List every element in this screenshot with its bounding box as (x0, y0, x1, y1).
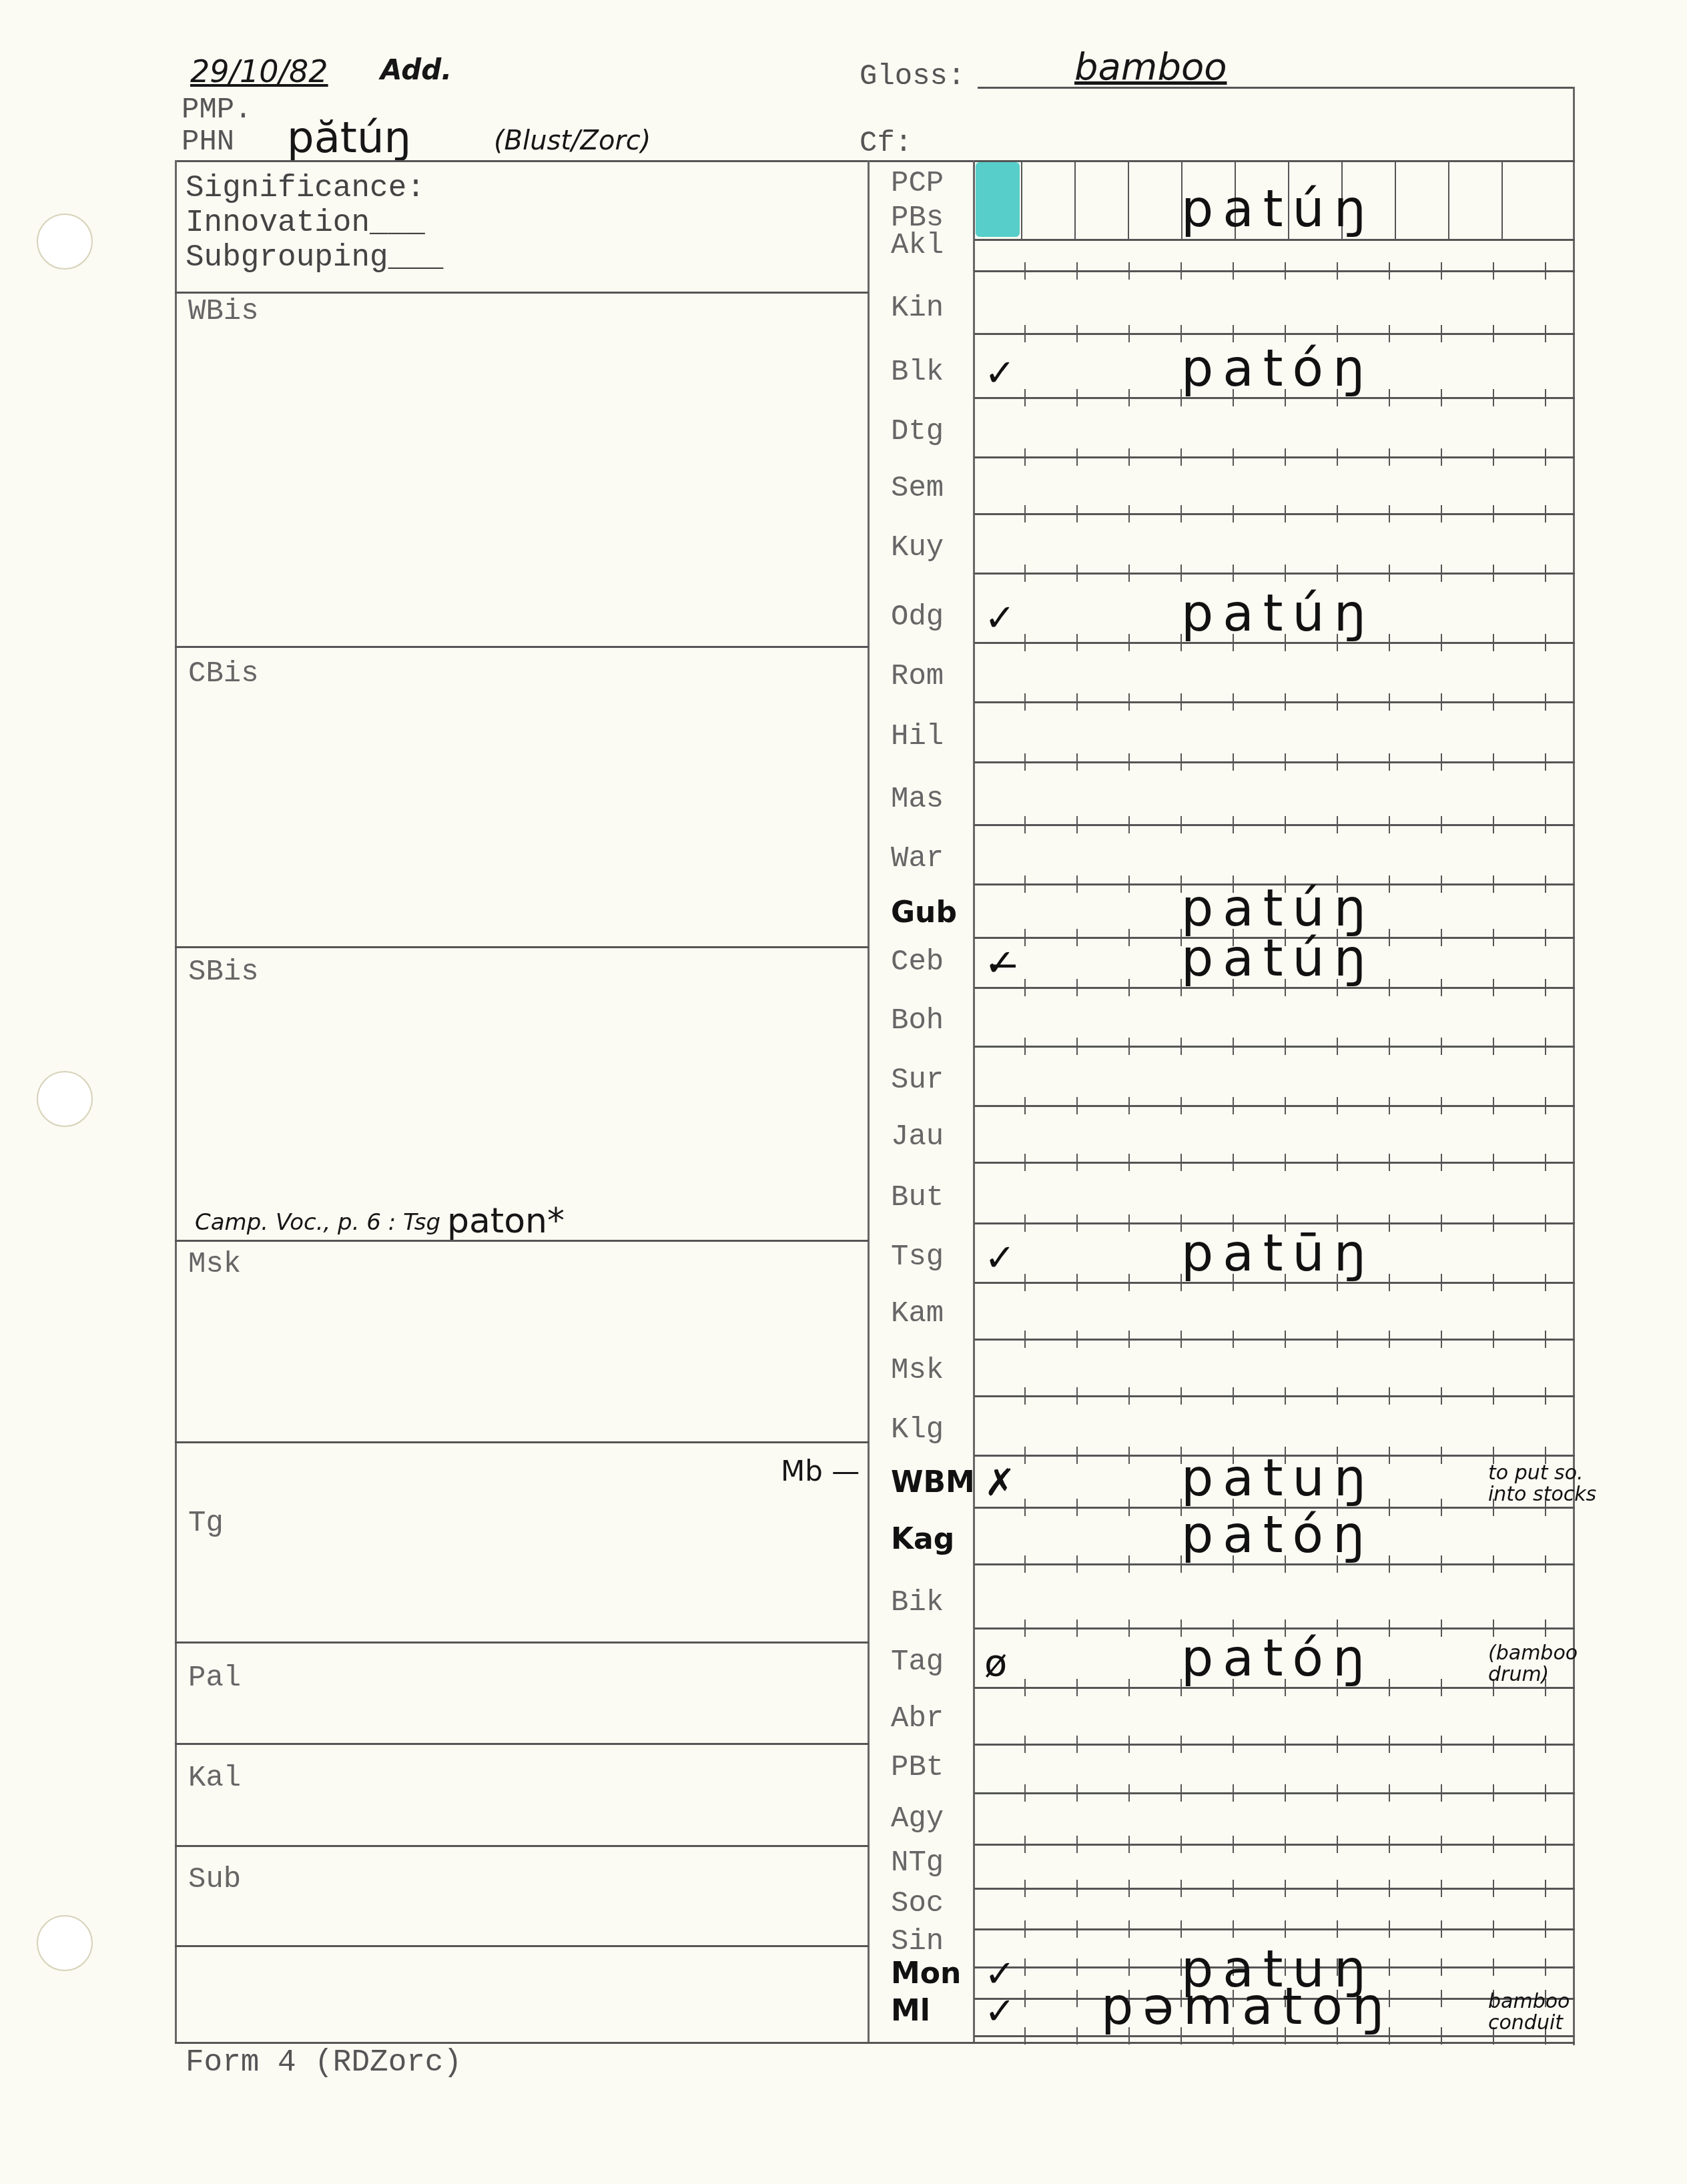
tick-mark (1441, 1784, 1442, 1802)
tick-mark (1493, 979, 1494, 996)
tick-mark (1076, 1214, 1078, 1232)
tick-mark (1180, 1154, 1182, 1171)
language-label-ml: Ml (891, 1994, 958, 2028)
tick-mark (1389, 1619, 1390, 1637)
tick-mark (1389, 389, 1390, 406)
grid-cell-divider (1448, 162, 1449, 239)
tick-mark (1076, 634, 1078, 651)
language-label-klg: Klg (891, 1413, 958, 1447)
language-label-tag: Tag (891, 1646, 958, 1679)
language-label-msk: Msk (891, 1354, 958, 1387)
tick-mark (1024, 1880, 1026, 1897)
tick-mark (1024, 262, 1026, 280)
tick-mark (1285, 262, 1286, 280)
margin-note-reference: Camp. Voc., p. 6 : Tsg (195, 1209, 440, 1236)
reflex-form: patuŋ (1181, 1448, 1375, 1507)
check-mark-icon: ✓ (984, 1236, 1016, 1280)
tick-mark (1180, 565, 1182, 582)
tick-mark (1337, 1387, 1338, 1405)
entry-line[interactable] (974, 1046, 1575, 1048)
language-label-but: But (891, 1181, 958, 1214)
check-mark-icon: ✓ (984, 1990, 1016, 2033)
tick-mark (1389, 875, 1390, 893)
tick-mark (1441, 1880, 1442, 1897)
tick-mark (1493, 1387, 1494, 1405)
tick-mark (1389, 979, 1390, 996)
highlighter-mark (976, 162, 1020, 237)
tick-mark (1024, 875, 1026, 893)
language-label-tsg: Tsg (891, 1240, 958, 1274)
entry-line[interactable] (974, 270, 1575, 272)
tick-mark (1180, 1920, 1182, 1938)
tick-mark (1441, 979, 1442, 996)
tick-mark (1128, 565, 1130, 582)
tick-mark (1441, 753, 1442, 771)
tick-mark (1441, 693, 1442, 711)
tick-mark (1545, 1154, 1546, 1171)
language-label-odg: Odg (891, 601, 958, 634)
tick-mark (1337, 1880, 1338, 1897)
check-mark-icon: ✓ (984, 597, 1016, 640)
tick-mark (1389, 505, 1390, 522)
language-label-abr: Abr (891, 1702, 958, 1736)
tick-mark (1233, 1736, 1234, 1753)
reflex-form: patūŋ (1181, 1223, 1375, 1283)
tick-mark (1285, 1331, 1286, 1348)
tick-mark (1545, 1038, 1546, 1055)
tick-mark (1076, 325, 1078, 342)
tick-mark (1076, 505, 1078, 522)
tick-mark (1337, 693, 1338, 711)
tick-mark (1233, 693, 1234, 711)
tick-mark (1285, 1387, 1286, 1405)
entry-line[interactable] (974, 1395, 1575, 1397)
tick-mark (1285, 753, 1286, 771)
tick-mark (1441, 1387, 1442, 1405)
gloss-note: bamboo conduit (1488, 1991, 1608, 2034)
tick-mark (1389, 693, 1390, 711)
tick-mark (1128, 753, 1130, 771)
tick-mark (1441, 1836, 1442, 1853)
form-left-border (175, 160, 177, 2043)
tick-mark (1128, 1038, 1130, 1055)
tick-mark (1076, 1880, 1078, 1897)
form-right-border (1573, 87, 1575, 2045)
section-divider (175, 1441, 869, 1443)
language-label-war: War (891, 842, 958, 875)
punch-hole-bottom (37, 1915, 93, 1971)
language-label-rom: Rom (891, 660, 958, 693)
section-kal: Kal (188, 1762, 241, 1795)
label-divider (973, 160, 975, 2043)
tick-mark (1076, 929, 1078, 946)
tick-mark (1024, 1958, 1026, 1976)
margin-note-form: paton* (447, 1201, 565, 1241)
subgrouping-field[interactable]: Subgrouping___ (186, 240, 443, 275)
language-label-blk: Blk (891, 356, 958, 389)
tick-mark (1076, 1619, 1078, 1637)
significance-title: Significance: (186, 171, 443, 206)
tick-mark (1441, 1920, 1442, 1938)
section-divider (175, 1845, 869, 1847)
tick-mark (1180, 262, 1182, 280)
tick-mark (1389, 448, 1390, 466)
tick-mark (1389, 1958, 1390, 1976)
cf-label: Cf: (860, 127, 912, 160)
tick-mark (1493, 693, 1494, 711)
tick-mark (1389, 816, 1390, 833)
tick-mark (1128, 325, 1130, 342)
tick-mark (1389, 325, 1390, 342)
language-label-sem: Sem (891, 472, 958, 505)
tick-mark (1545, 634, 1546, 651)
tick-mark (1337, 262, 1338, 280)
tick-mark (1076, 753, 1078, 771)
tick-mark (1545, 325, 1546, 342)
tick-mark (1493, 1736, 1494, 1753)
tick-mark (1493, 1836, 1494, 1853)
language-label-sur: Sur (891, 1064, 958, 1097)
tick-mark (1128, 1097, 1130, 1114)
gloss-value: bamboo (1074, 45, 1227, 89)
tick-mark (1389, 1274, 1390, 1291)
tick-mark (1180, 1880, 1182, 1897)
grid-cell-divider (1501, 162, 1503, 239)
tick-mark (1076, 1736, 1078, 1753)
tick-mark (1180, 1387, 1182, 1405)
tick-mark (1493, 565, 1494, 582)
tick-mark (1180, 693, 1182, 711)
tick-mark (1285, 448, 1286, 466)
section-msk: Msk (188, 1248, 241, 1281)
tick-mark (1493, 262, 1494, 280)
language-label-mon: Mon (891, 1956, 958, 1990)
section-tg: Tg (188, 1507, 224, 1540)
tick-mark (1545, 389, 1546, 406)
tick-mark (1285, 1736, 1286, 1753)
entry-line[interactable] (974, 1744, 1575, 1746)
tick-mark (1493, 389, 1494, 406)
tick-mark (1180, 1736, 1182, 1753)
tick-mark (1180, 1038, 1182, 1055)
tick-mark (1493, 816, 1494, 833)
tick-mark (1441, 634, 1442, 651)
tick-mark (1337, 816, 1338, 833)
tick-mark (1441, 325, 1442, 342)
tick-mark (1128, 389, 1130, 406)
language-label-jau: Jau (891, 1120, 958, 1154)
tick-mark (1545, 1619, 1546, 1637)
innovation-field[interactable]: Innovation___ (186, 206, 443, 240)
tick-mark (1128, 929, 1130, 946)
tick-mark (1285, 693, 1286, 711)
tick-mark (1389, 1097, 1390, 1114)
entry-line[interactable] (974, 333, 1575, 335)
tick-mark (1493, 448, 1494, 466)
check-mark-icon: ✓ (984, 352, 1016, 395)
tick-mark (1389, 1154, 1390, 1171)
tick-mark (1441, 1679, 1442, 1696)
gloss-label: Gloss: (860, 60, 965, 93)
tick-mark (1024, 1154, 1026, 1171)
tick-mark (1128, 693, 1130, 711)
tick-mark (1024, 2027, 1026, 2045)
tick-mark (1076, 1679, 1078, 1696)
entry-line[interactable] (974, 1792, 1575, 1794)
language-label-kin: Kin (891, 292, 958, 325)
tick-mark (1233, 753, 1234, 771)
tick-mark (1076, 389, 1078, 406)
tick-mark (1389, 565, 1390, 582)
source-attribution: (Blust/Zorc) (494, 125, 651, 156)
language-label-soc: Soc (891, 1887, 958, 1920)
section-divider (175, 1642, 869, 1644)
tick-mark (1545, 1097, 1546, 1114)
tick-mark (1389, 262, 1390, 280)
tick-mark (1076, 448, 1078, 466)
section-wbis: WBis (188, 295, 259, 328)
tick-mark (1441, 2027, 1442, 2045)
reflex-form: pəmatoŋ (1101, 1976, 1393, 2036)
entry-line[interactable] (974, 824, 1575, 826)
tick-mark (1493, 1619, 1494, 1637)
tick-mark (1441, 1097, 1442, 1114)
entry-line[interactable] (974, 1105, 1575, 1107)
tick-mark (1545, 1836, 1546, 1853)
tick-mark (1024, 1331, 1026, 1348)
tick-mark (1545, 1274, 1546, 1291)
language-label-gub: Gub (891, 895, 958, 930)
tick-mark (1233, 448, 1234, 466)
tick-mark (1076, 1990, 1078, 2007)
section-sbis: SBis (188, 956, 259, 989)
tick-mark (1076, 1387, 1078, 1405)
tick-mark (1024, 1274, 1026, 1291)
tick-mark (1493, 1214, 1494, 1232)
entry-line[interactable] (974, 761, 1575, 763)
tick-mark (1024, 325, 1026, 342)
tick-mark (1493, 1920, 1494, 1938)
tick-mark (1024, 979, 1026, 996)
tick-mark (1128, 1920, 1130, 1938)
tick-mark (1285, 1784, 1286, 1802)
tick-mark (1545, 979, 1546, 996)
tick-mark (1441, 1499, 1442, 1516)
tick-mark (1545, 1555, 1546, 1573)
tick-mark (1389, 1555, 1390, 1573)
language-label-hil: Hil (891, 720, 958, 753)
section-divider (175, 646, 869, 648)
tick-mark (1024, 929, 1026, 946)
tick-mark (1233, 1387, 1234, 1405)
tick-mark (1545, 753, 1546, 771)
gloss-note: (bamboo drum) (1488, 1643, 1608, 1686)
tick-mark (1128, 1447, 1130, 1464)
tick-mark (1337, 565, 1338, 582)
entry-line[interactable] (974, 701, 1575, 703)
tick-mark (1493, 1331, 1494, 1348)
tick-mark (1128, 1214, 1130, 1232)
tick-mark (1389, 1499, 1390, 1516)
grid-cell-divider (1021, 162, 1022, 239)
tick-mark (1389, 1387, 1390, 1405)
tick-mark (1337, 753, 1338, 771)
tick-mark (1545, 1880, 1546, 1897)
grid-cell-divider (1074, 162, 1076, 239)
tick-mark (1024, 1555, 1026, 1573)
tick-mark (1545, 816, 1546, 833)
tick-mark (1337, 505, 1338, 522)
entry-line[interactable] (974, 1888, 1575, 1890)
language-label-wbm: WBM (891, 1465, 958, 1499)
tick-mark (1024, 634, 1026, 651)
tick-mark (1076, 979, 1078, 996)
check-mark-icon: ✓ (984, 1952, 1016, 1996)
tick-mark (1024, 1990, 1026, 2007)
tick-mark (1128, 262, 1130, 280)
tick-mark (1024, 816, 1026, 833)
punch-hole-middle (37, 1071, 93, 1127)
tick-mark (1545, 693, 1546, 711)
tick-mark (1493, 1274, 1494, 1291)
check-mark-icon: ✗ (984, 1461, 1016, 1505)
tick-mark (1389, 1920, 1390, 1938)
tick-mark (1285, 1154, 1286, 1171)
tick-mark (1493, 325, 1494, 342)
tick-mark (1076, 1447, 1078, 1464)
tick-mark (1441, 1154, 1442, 1171)
entry-line[interactable] (974, 573, 1575, 575)
tick-mark (1024, 1679, 1026, 1696)
reflex-form: patóŋ (1181, 338, 1374, 398)
tick-mark (1389, 1214, 1390, 1232)
tick-mark (1493, 875, 1494, 893)
tick-mark (1128, 875, 1130, 893)
language-label-akl: Akl (891, 229, 958, 262)
tick-mark (1128, 1736, 1130, 1753)
tick-mark (1233, 1836, 1234, 1853)
language-label-agy: Agy (891, 1802, 958, 1836)
tick-mark (1441, 389, 1442, 406)
tick-mark (1128, 1679, 1130, 1696)
reflex-form: patóŋ (1181, 1628, 1374, 1688)
tick-mark (1233, 1880, 1234, 1897)
tick-mark (1233, 1154, 1234, 1171)
entry-line[interactable] (974, 1928, 1575, 1930)
tick-mark (1545, 1331, 1546, 1348)
tick-mark (1493, 929, 1494, 946)
tick-mark (1076, 875, 1078, 893)
tick-mark (1024, 389, 1026, 406)
tick-mark (1441, 262, 1442, 280)
tick-mark (1337, 1097, 1338, 1114)
entry-line[interactable] (974, 513, 1575, 515)
language-label-kam: Kam (891, 1297, 958, 1331)
tick-mark (1545, 929, 1546, 946)
tick-mark (1441, 1038, 1442, 1055)
tick-mark (1128, 448, 1130, 466)
tick-mark (1128, 1880, 1130, 1897)
entry-line[interactable] (974, 1844, 1575, 1846)
tick-mark (1180, 816, 1182, 833)
tick-mark (1337, 448, 1338, 466)
tick-mark (1545, 505, 1546, 522)
tick-mark (1337, 1920, 1338, 1938)
language-label-pbt: PBt (891, 1751, 958, 1784)
grid-cell-divider (1395, 162, 1396, 239)
tick-mark (1076, 1038, 1078, 1055)
tick-mark (1441, 1990, 1442, 2007)
tick-mark (1389, 753, 1390, 771)
form-bottom-border (175, 2042, 1575, 2044)
tick-mark (1389, 1679, 1390, 1696)
tick-mark (1076, 2027, 1078, 2045)
tick-mark (1128, 1274, 1130, 1291)
tick-mark (1180, 505, 1182, 522)
tick-mark (1337, 1836, 1338, 1853)
tick-mark (1441, 1214, 1442, 1232)
tick-mark (1545, 1736, 1546, 1753)
tick-mark (1233, 505, 1234, 522)
tick-mark (1024, 1097, 1026, 1114)
tick-mark (1128, 1387, 1130, 1405)
tick-mark (1024, 1387, 1026, 1405)
tick-mark (1180, 1836, 1182, 1853)
tick-mark (1076, 1331, 1078, 1348)
tick-mark (1441, 929, 1442, 946)
language-label-kuy: Kuy (891, 531, 958, 565)
tick-mark (1128, 1154, 1130, 1171)
tick-mark (1024, 1836, 1026, 1853)
tick-mark (1285, 505, 1286, 522)
tick-mark (1180, 448, 1182, 466)
section-pal: Pal (188, 1662, 241, 1695)
section-cbis: CBis (188, 657, 259, 691)
section-divider (175, 1743, 869, 1745)
language-label-bik: Bik (891, 1586, 958, 1619)
tick-mark (1076, 1784, 1078, 1802)
tick-mark (1233, 816, 1234, 833)
tick-mark (1233, 1097, 1234, 1114)
tick-mark (1389, 1880, 1390, 1897)
tick-mark (1441, 1555, 1442, 1573)
tick-mark (1285, 1097, 1286, 1114)
tick-mark (1076, 1958, 1078, 1976)
tick-mark (1545, 1214, 1546, 1232)
tick-mark (1545, 565, 1546, 582)
tick-mark (1285, 1038, 1286, 1055)
reconstructed-form: pătúŋ (287, 113, 411, 163)
tick-mark (1493, 753, 1494, 771)
tick-mark (1493, 1097, 1494, 1114)
entry-line[interactable] (974, 1339, 1575, 1341)
language-label-boh: Boh (891, 1004, 958, 1038)
entry-line[interactable] (974, 456, 1575, 458)
reflex-form: patóŋ (1181, 1505, 1374, 1564)
tick-mark (1024, 1499, 1026, 1516)
significance-divider (175, 292, 869, 294)
tick-mark (1024, 1736, 1026, 1753)
language-label-mas: Mas (891, 783, 958, 816)
tick-mark (1024, 1038, 1026, 1055)
phn-label: PHN (182, 125, 234, 159)
tick-mark (1180, 1331, 1182, 1348)
tick-mark (1337, 1154, 1338, 1171)
tick-mark (1024, 565, 1026, 582)
tick-mark (1076, 1836, 1078, 1853)
tick-mark (1024, 1784, 1026, 1802)
entry-line[interactable] (974, 1162, 1575, 1164)
